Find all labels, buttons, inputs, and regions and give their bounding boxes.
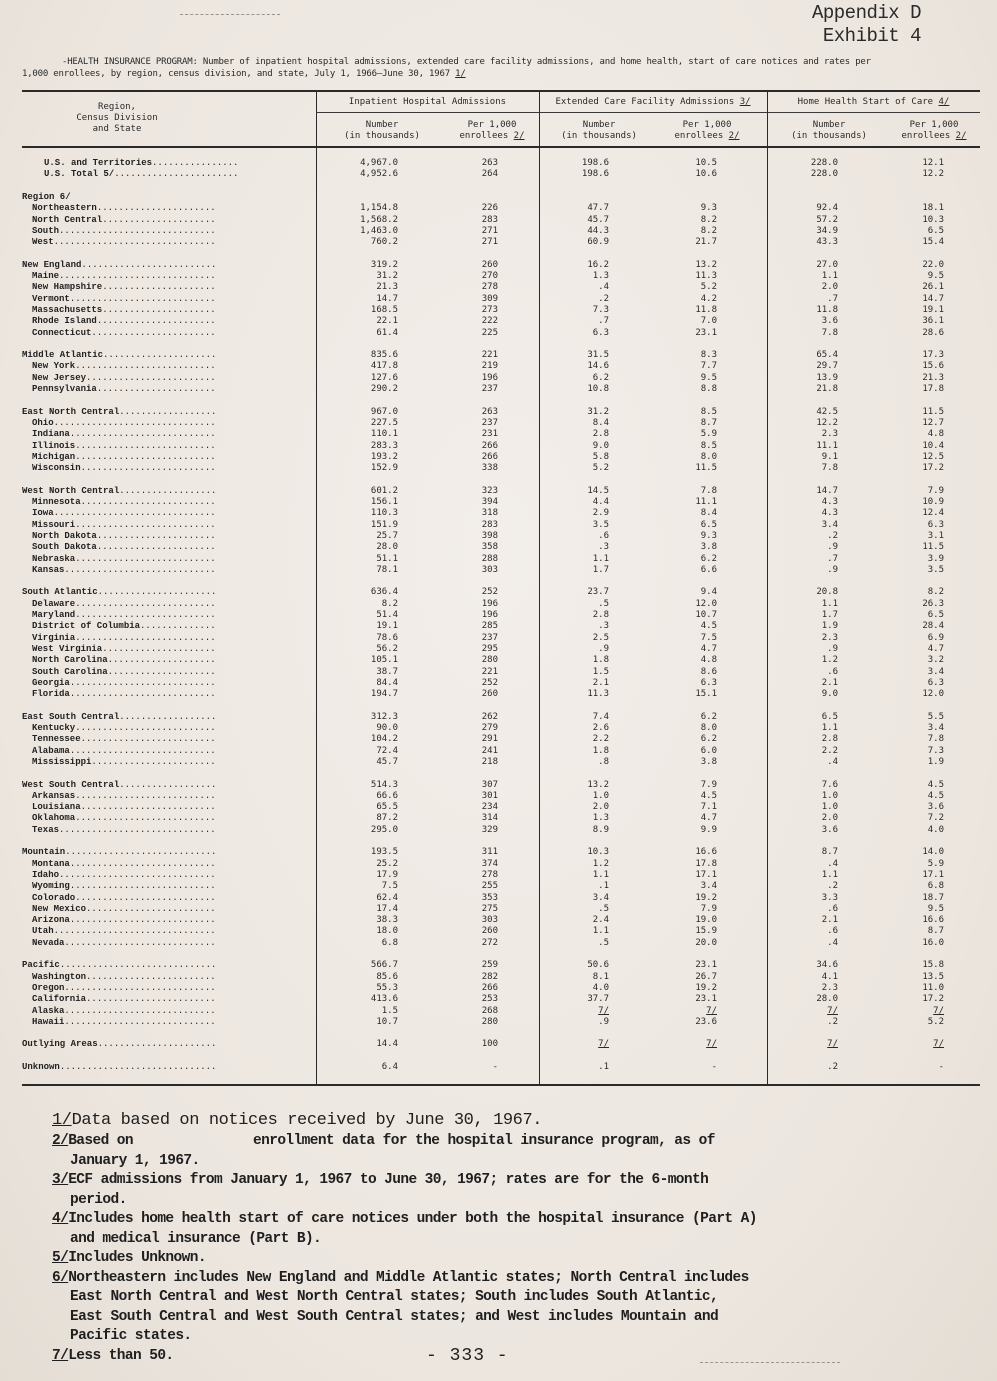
cell-value: 36.1 <box>884 316 944 327</box>
cell-value: 12.2 <box>884 169 944 180</box>
cell-value: 6.2 <box>657 712 717 723</box>
table-row: New Jersey..............................… <box>22 373 980 384</box>
cell-value: .6 <box>549 531 609 542</box>
cell-value: 4.7 <box>657 813 717 824</box>
cell-value: 1.2 <box>549 859 609 870</box>
cell-value: 3.5 <box>884 565 944 576</box>
row-label: Arizona.................................… <box>32 915 217 926</box>
cell-value: 11.5 <box>884 542 944 553</box>
cell-value: .5 <box>549 938 609 949</box>
cell-value: 18.0 <box>338 926 398 937</box>
cell-value: 26.7 <box>657 972 717 983</box>
cell-value: 7/ <box>549 1006 609 1017</box>
cell-value: 5.5 <box>884 712 944 723</box>
cell-value: 8.7 <box>657 418 717 429</box>
row-label: New Jersey..............................… <box>32 373 217 384</box>
cell-value: 14.0 <box>884 847 944 858</box>
table-row: South Dakota............................… <box>22 542 980 553</box>
cell-value: 12.4 <box>884 508 944 519</box>
cell-value: 19.1 <box>884 305 944 316</box>
table-row: Region 6/ <box>22 192 980 203</box>
row-label: Texas...................................… <box>32 825 217 836</box>
cell-value: 15.9 <box>657 926 717 937</box>
cell-value: 303 <box>438 915 498 926</box>
cell-value: 7/ <box>778 1039 838 1050</box>
table-row: Tennessee...............................… <box>22 734 980 745</box>
cell-value: 7/ <box>884 1006 944 1017</box>
cell-value: .1 <box>549 881 609 892</box>
cell-value: .4 <box>549 282 609 293</box>
cell-value: 8.4 <box>657 508 717 519</box>
cell-value: .9 <box>778 542 838 553</box>
cell-value: .5 <box>549 599 609 610</box>
cell-value: 3.3 <box>778 893 838 904</box>
row-label: Massachusetts...........................… <box>32 305 217 316</box>
cell-value: 31.2 <box>338 271 398 282</box>
cell-value: 835.6 <box>338 350 398 361</box>
table-row: New Hampshire...........................… <box>22 282 980 293</box>
cell-value: 280 <box>438 655 498 666</box>
table-row: New England.............................… <box>22 260 980 271</box>
cell-value: 105.1 <box>338 655 398 666</box>
cell-value: 9.1 <box>778 452 838 463</box>
cell-value: 2.0 <box>778 813 838 824</box>
row-label: Washington..............................… <box>32 972 217 983</box>
cell-value: 260 <box>438 926 498 937</box>
cell-value: 17.4 <box>338 904 398 915</box>
cell-value: 271 <box>438 237 498 248</box>
cell-value: 278 <box>438 282 498 293</box>
row-label: Mountain................................… <box>22 847 217 858</box>
group-header-rule <box>316 112 980 113</box>
cell-value: 226 <box>438 203 498 214</box>
table-row: Middle Atlantic.........................… <box>22 350 980 361</box>
subheader-rate-3: Per 1,000enrollees 2/ <box>894 120 974 142</box>
cell-value: 4.1 <box>778 972 838 983</box>
cell-value: 1.9 <box>778 621 838 632</box>
cell-value: 8.2 <box>338 599 398 610</box>
cell-value: 1.1 <box>778 271 838 282</box>
row-label: New York................................… <box>32 361 217 372</box>
row-label: New England.............................… <box>22 260 217 271</box>
cell-value: 1.3 <box>549 813 609 824</box>
cell-value: 225 <box>438 328 498 339</box>
cell-value: 2.6 <box>549 723 609 734</box>
cell-value: 237 <box>438 633 498 644</box>
cell-value: 17.2 <box>884 463 944 474</box>
cell-value: 2.3 <box>778 633 838 644</box>
cell-value: 262 <box>438 712 498 723</box>
table-row: Minnesota...............................… <box>22 497 980 508</box>
cell-value: 13.2 <box>657 260 717 271</box>
cell-value: 43.3 <box>778 237 838 248</box>
cell-value: 4.7 <box>884 644 944 655</box>
cell-value: 5.2 <box>884 1017 944 1028</box>
table-row: South Atlantic..........................… <box>22 587 980 598</box>
cell-value: 3.8 <box>657 757 717 768</box>
cell-value: 9.3 <box>657 531 717 542</box>
cell-value: 9.0 <box>549 441 609 452</box>
cell-value: 7.0 <box>657 316 717 327</box>
cell-value: 967.0 <box>338 407 398 418</box>
cell-value: 1.5 <box>338 1006 398 1017</box>
row-label: Montana.................................… <box>32 859 217 870</box>
cell-value: 28.4 <box>884 621 944 632</box>
table-row: Alaska..................................… <box>22 1006 980 1017</box>
row-label: Alabama.................................… <box>32 746 217 757</box>
cell-value: 7/ <box>657 1006 717 1017</box>
cell-value: .6 <box>778 667 838 678</box>
cell-value: 2.3 <box>778 429 838 440</box>
table-row: Wisconsin...............................… <box>22 463 980 474</box>
cell-value: 16.6 <box>884 915 944 926</box>
table-row: Pacific.................................… <box>22 960 980 971</box>
cell-value: 55.3 <box>338 983 398 994</box>
row-label: Oregon..................................… <box>32 983 217 994</box>
cell-value: 10.5 <box>657 158 717 169</box>
cell-value: 62.4 <box>338 893 398 904</box>
cell-value: .2 <box>549 294 609 305</box>
cell-value: .8 <box>549 757 609 768</box>
row-label: Idaho...................................… <box>32 870 217 881</box>
cell-value: 398 <box>438 531 498 542</box>
cell-value: 2.3 <box>778 983 838 994</box>
top-divider <box>180 14 280 15</box>
cell-value: 196 <box>438 610 498 621</box>
cell-value: 1.8 <box>549 655 609 666</box>
cell-value: 2.0 <box>549 802 609 813</box>
cell-value: 8.8 <box>657 384 717 395</box>
row-label: East South Central......................… <box>22 712 217 723</box>
cell-value: 303 <box>438 565 498 576</box>
cell-value: 19.2 <box>657 893 717 904</box>
cell-value: 5.2 <box>657 282 717 293</box>
cell-value: 78.6 <box>338 633 398 644</box>
cell-value: 16.2 <box>549 260 609 271</box>
cell-value: 31.5 <box>549 350 609 361</box>
cell-value: 198.6 <box>549 169 609 180</box>
cell-value: 7.9 <box>884 486 944 497</box>
cell-value: 219 <box>438 361 498 372</box>
cell-value: 21.8 <box>778 384 838 395</box>
cell-value: 17.9 <box>338 870 398 881</box>
cell-value: 3.4 <box>884 723 944 734</box>
row-label: Nebraska................................… <box>32 554 217 565</box>
row-label: North Dakota............................… <box>32 531 217 542</box>
cell-value: 100 <box>438 1039 498 1050</box>
cell-value: 8.7 <box>884 926 944 937</box>
row-label: East North Central......................… <box>22 407 217 418</box>
row-label: West Virginia...........................… <box>32 644 217 655</box>
cell-value: 218 <box>438 757 498 768</box>
cell-value: 1.1 <box>778 870 838 881</box>
cell-value: 17.2 <box>884 994 944 1005</box>
cell-value: 19.0 <box>657 915 717 926</box>
cell-value: 318 <box>438 508 498 519</box>
table-row: New Mexico..............................… <box>22 904 980 915</box>
row-label: Iowa....................................… <box>32 508 217 519</box>
cell-value: 1,463.0 <box>338 226 398 237</box>
cell-value: 23.7 <box>549 587 609 598</box>
cell-value: 6.5 <box>657 520 717 531</box>
footnote-6: 6/Northeastern includes New England and … <box>52 1269 952 1347</box>
cell-value: 263 <box>438 158 498 169</box>
row-label: Minnesota...............................… <box>32 497 217 508</box>
cell-value: 6.0 <box>657 746 717 757</box>
cell-value: 45.7 <box>549 215 609 226</box>
cell-value: 34.6 <box>778 960 838 971</box>
cell-value: .2 <box>778 1017 838 1028</box>
cell-value: 5.2 <box>549 463 609 474</box>
subheader-number-1: Number(in thousands) <box>327 120 437 142</box>
table-row: South...................................… <box>22 226 980 237</box>
cell-value: 13.5 <box>884 972 944 983</box>
cell-value: 291 <box>438 734 498 745</box>
subheader-number-2: Number(in thousands) <box>544 120 654 142</box>
cell-value: 323 <box>438 486 498 497</box>
cell-value: 6.8 <box>884 881 944 892</box>
cell-value: 266 <box>438 441 498 452</box>
cell-value: 1.7 <box>778 610 838 621</box>
cell-value: 231 <box>438 429 498 440</box>
cell-value: 8.3 <box>657 350 717 361</box>
cell-value: 6.2 <box>657 554 717 565</box>
cell-value: 8.7 <box>778 847 838 858</box>
cell-value: 6.8 <box>338 938 398 949</box>
table-row: Connecticut.............................… <box>22 328 980 339</box>
cell-value: 4.3 <box>778 508 838 519</box>
cell-value: 28.6 <box>884 328 944 339</box>
cell-value: 3.2 <box>884 655 944 666</box>
cell-value: .4 <box>778 757 838 768</box>
page-number: - 333 - <box>426 1346 509 1366</box>
row-label: New Mexico..............................… <box>32 904 217 915</box>
cell-value: 7.8 <box>657 486 717 497</box>
table-row: West North Central......................… <box>22 486 980 497</box>
cell-value: 295.0 <box>338 825 398 836</box>
cell-value: 18.1 <box>884 203 944 214</box>
table-row: Wyoming.................................… <box>22 881 980 892</box>
cell-value: - <box>438 1062 500 1073</box>
cell-value: 9.5 <box>657 373 717 384</box>
cell-value: 15.1 <box>657 689 717 700</box>
table-row: Oklahoma................................… <box>22 813 980 824</box>
row-label: Rhode Island............................… <box>32 316 217 327</box>
cell-value: 285 <box>438 621 498 632</box>
cell-value: 6.4 <box>338 1062 398 1073</box>
cell-value: 152.9 <box>338 463 398 474</box>
cell-value: 3.8 <box>657 542 717 553</box>
cell-value: 260 <box>438 260 498 271</box>
cell-value: 151.9 <box>338 520 398 531</box>
cell-value: 1.8 <box>549 746 609 757</box>
cell-value: 1.7 <box>549 565 609 576</box>
cell-value: 7.8 <box>778 328 838 339</box>
table-row: Oregon..................................… <box>22 983 980 994</box>
cell-value: 16.0 <box>884 938 944 949</box>
cell-value: 15.4 <box>884 237 944 248</box>
cell-value: 2.4 <box>549 915 609 926</box>
row-label: Utah....................................… <box>32 926 217 937</box>
cell-value: 280 <box>438 1017 498 1028</box>
cell-value: 13.9 <box>778 373 838 384</box>
cell-value: 4.7 <box>657 644 717 655</box>
cell-value: 21.3 <box>884 373 944 384</box>
subheader-rate-2: Per 1,000enrollees 2/ <box>667 120 747 142</box>
row-label: South Atlantic..........................… <box>22 587 217 598</box>
table-row: Arkansas................................… <box>22 791 980 802</box>
cell-value: 8.1 <box>549 972 609 983</box>
cell-value: 295 <box>438 644 498 655</box>
cell-value: 66.6 <box>338 791 398 802</box>
cell-value: 42.5 <box>778 407 838 418</box>
appendix-heading: Appendix D Exhibit 4 <box>812 2 921 48</box>
cell-value: 196 <box>438 373 498 384</box>
row-label: Illinois................................… <box>32 441 217 452</box>
cell-value: 10.8 <box>549 384 609 395</box>
table-row: West Virginia...........................… <box>22 644 980 655</box>
cell-value: 2.2 <box>549 734 609 745</box>
cell-value: 56.2 <box>338 644 398 655</box>
cell-value: .2 <box>778 1062 838 1073</box>
cell-value: 72.4 <box>338 746 398 757</box>
cell-value: 21.3 <box>338 282 398 293</box>
cell-value: 3.6 <box>778 825 838 836</box>
cell-value: 14.6 <box>549 361 609 372</box>
cell-value: 14.7 <box>884 294 944 305</box>
cell-value: 6.3 <box>884 678 944 689</box>
table-row: Kentucky................................… <box>22 723 980 734</box>
table-row: U.S. Total 5/...........................… <box>22 169 980 180</box>
cell-value: 28.0 <box>338 542 398 553</box>
cell-value: 193.5 <box>338 847 398 858</box>
cell-value: 4,952.6 <box>338 169 398 180</box>
cell-value: 283 <box>438 520 498 531</box>
cell-value: 3.4 <box>657 881 717 892</box>
cell-value: 283 <box>438 215 498 226</box>
cell-value: 10.7 <box>338 1017 398 1028</box>
table-row: Missouri................................… <box>22 520 980 531</box>
row-label: Ohio....................................… <box>32 418 217 429</box>
row-label: Virginia................................… <box>32 633 217 644</box>
cell-value: .9 <box>549 644 609 655</box>
cell-value: 12.0 <box>884 689 944 700</box>
cell-value: .4 <box>778 859 838 870</box>
cell-value: 17.8 <box>884 384 944 395</box>
cell-value: 45.7 <box>338 757 398 768</box>
cell-value: 268 <box>438 1006 498 1017</box>
cell-value: 7/ <box>778 1006 838 1017</box>
cell-value: 7.3 <box>884 746 944 757</box>
table-row: District of Columbia....................… <box>22 621 980 632</box>
table-row: Ohio....................................… <box>22 418 980 429</box>
cell-value: 14.7 <box>338 294 398 305</box>
cell-value: 8.5 <box>657 407 717 418</box>
row-label: Unknown.................................… <box>22 1062 217 1073</box>
cell-value: 84.4 <box>338 678 398 689</box>
row-label: Wyoming.................................… <box>32 881 217 892</box>
cell-value: 10.7 <box>657 610 717 621</box>
row-label: Hawaii..................................… <box>32 1017 217 1028</box>
bottom-divider <box>700 1362 840 1363</box>
table-row: East South Central......................… <box>22 712 980 723</box>
cell-value: 275 <box>438 904 498 915</box>
subheader-rate-1: Per 1,000enrollees 2/ <box>452 120 532 142</box>
row-label: Outlying Areas..........................… <box>22 1039 217 1050</box>
cell-value: 11.3 <box>657 271 717 282</box>
cell-value: 9.5 <box>884 904 944 915</box>
row-label: South...................................… <box>32 226 217 237</box>
cell-value: 12.0 <box>657 599 717 610</box>
cell-value: 6.3 <box>657 678 717 689</box>
cell-value: 87.2 <box>338 813 398 824</box>
cell-value: 227.5 <box>338 418 398 429</box>
row-label: Alaska..................................… <box>32 1006 217 1017</box>
cell-value: 16.6 <box>657 847 717 858</box>
cell-value: 312.3 <box>338 712 398 723</box>
cell-value: 8.0 <box>657 452 717 463</box>
header-bottom-rule <box>22 146 980 148</box>
cell-value: 2.8 <box>778 734 838 745</box>
row-label: North Carolina..........................… <box>32 655 217 666</box>
footnotes: 1/Data based on notices received by June… <box>52 1110 952 1366</box>
row-label: Michigan................................… <box>32 452 217 463</box>
cell-value: 57.2 <box>778 215 838 226</box>
cell-value: 17.3 <box>884 350 944 361</box>
cell-value: 127.6 <box>338 373 398 384</box>
cell-value: 6.3 <box>549 328 609 339</box>
table-row: Rhode Island............................… <box>22 316 980 327</box>
cell-value: 156.1 <box>338 497 398 508</box>
cell-value: 31.2 <box>549 407 609 418</box>
cell-value: 19.2 <box>657 983 717 994</box>
footnote-1: 1/Data based on notices received by June… <box>52 1110 952 1132</box>
table-top-rule <box>22 90 980 92</box>
cell-value: 309 <box>438 294 498 305</box>
cell-value: 3.4 <box>778 520 838 531</box>
cell-value: 5.9 <box>884 859 944 870</box>
cell-value: 9.5 <box>884 271 944 282</box>
footnote-3: 3/ECF admissions from January 1, 1967 to… <box>52 1171 952 1210</box>
table-row: Washington..............................… <box>22 972 980 983</box>
row-label: Middle Atlantic.........................… <box>22 350 217 361</box>
cell-value: 7/ <box>884 1039 944 1050</box>
cell-value: 2.8 <box>549 610 609 621</box>
cell-value: 3.4 <box>884 667 944 678</box>
footnote-4: 4/Includes home health start of care not… <box>52 1210 952 1249</box>
table-row: Utah....................................… <box>22 926 980 937</box>
cell-value: 110.3 <box>338 508 398 519</box>
cell-value: 417.8 <box>338 361 398 372</box>
cell-value: .5 <box>549 904 609 915</box>
cell-value: 1.9 <box>884 757 944 768</box>
exhibit-label: Exhibit 4 <box>812 25 921 48</box>
row-label: South Carolina..........................… <box>32 667 217 678</box>
row-label: Colorado................................… <box>32 893 217 904</box>
cell-value: .9 <box>778 565 838 576</box>
cell-value: 1,568.2 <box>338 215 398 226</box>
row-label: Arkansas................................… <box>32 791 217 802</box>
cell-value: 301 <box>438 791 498 802</box>
cell-value: 104.2 <box>338 734 398 745</box>
row-label: Pennsylvania............................… <box>32 384 217 395</box>
table-row: Maine...................................… <box>22 271 980 282</box>
table-row: Massachusetts...........................… <box>22 305 980 316</box>
cell-value: 259 <box>438 960 498 971</box>
row-label: U.S. and Territories....................… <box>44 158 239 169</box>
cell-value: 23.1 <box>657 960 717 971</box>
cell-value: 514.3 <box>338 780 398 791</box>
